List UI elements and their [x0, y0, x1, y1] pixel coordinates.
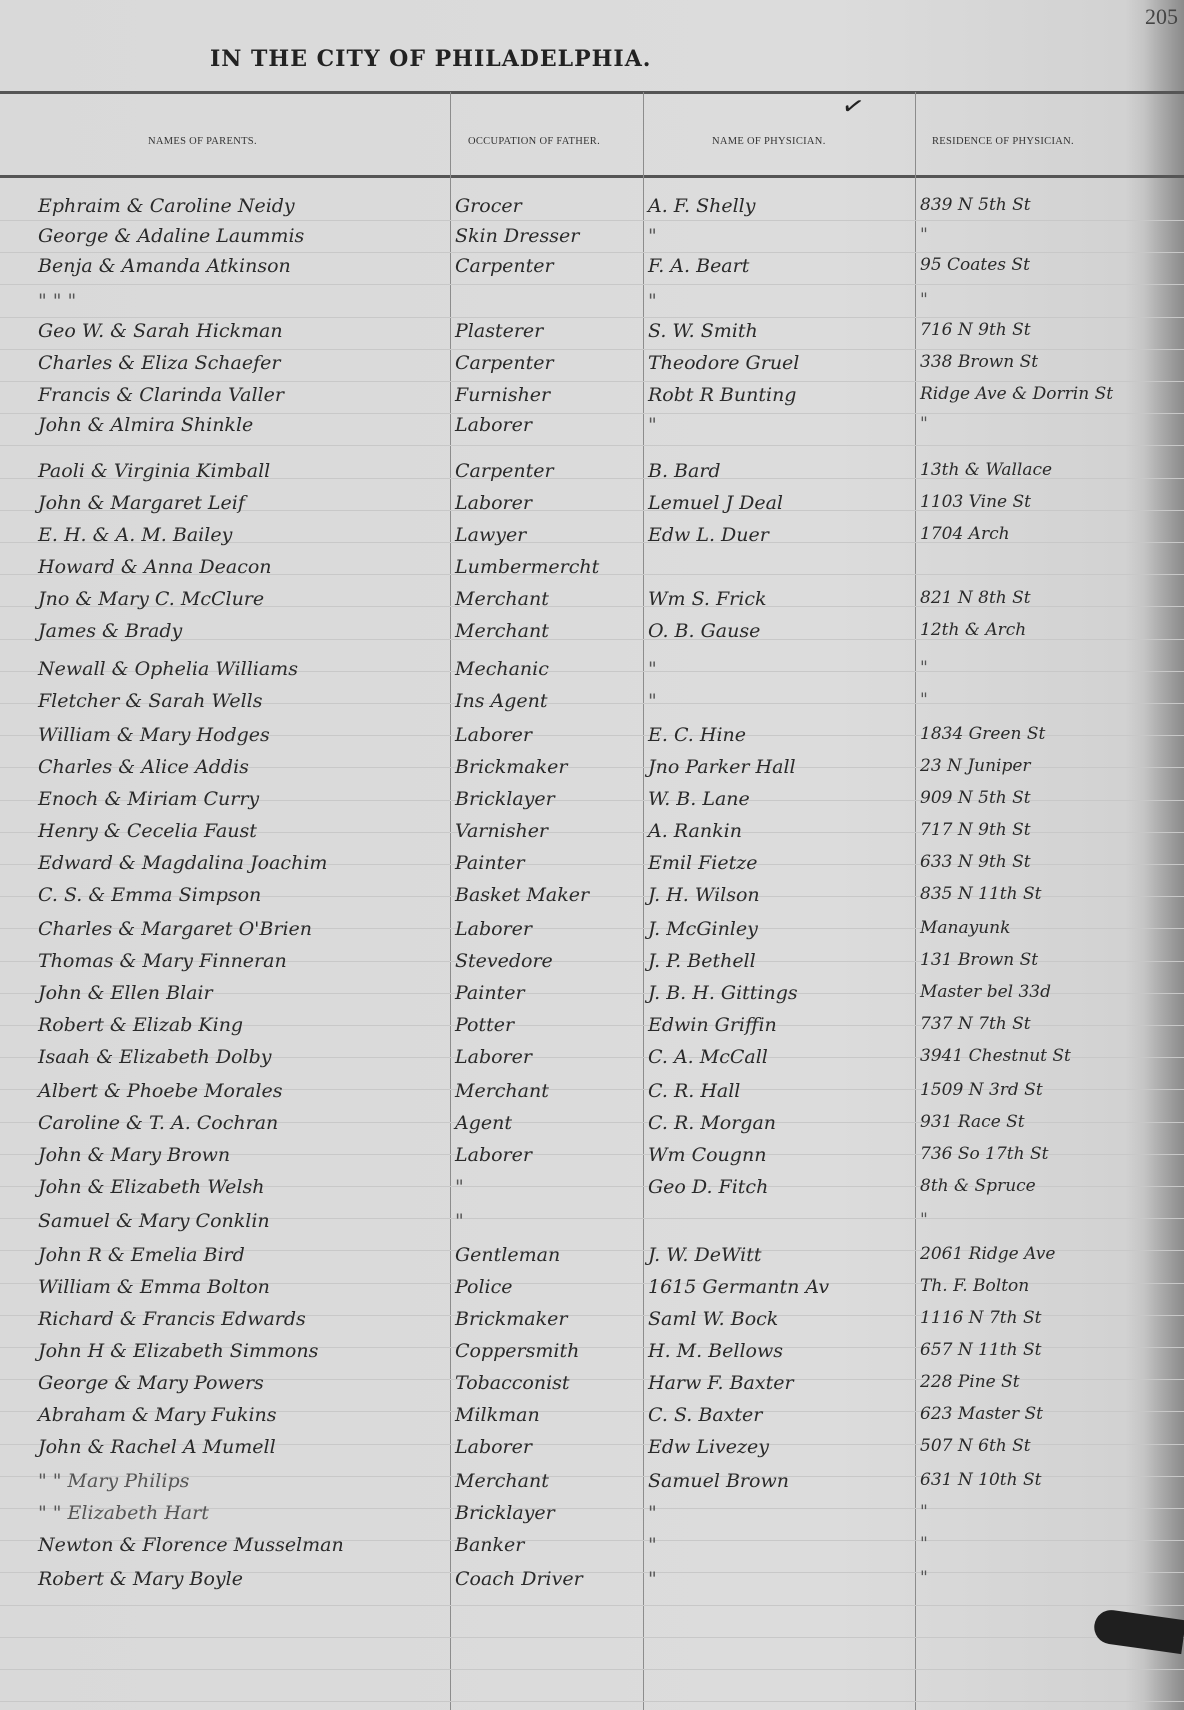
residence-cell: 931 Race St [920, 1112, 1025, 1132]
physician-cell: Edw L. Duer [648, 524, 769, 546]
physician-cell: Wm Cougnn [648, 1144, 766, 1166]
ruled-line [0, 1669, 1184, 1670]
register-row: James & BradyMerchantO. B. Gause12th & A… [0, 620, 1184, 650]
register-row: Fletcher & Sarah WellsIns Agent"" [0, 690, 1184, 720]
occupation-cell: Plasterer [455, 320, 543, 342]
parents-cell: Edward & Magdalina Joachim [38, 852, 327, 874]
residence-cell: " [920, 690, 928, 710]
register-row: John & Mary BrownLaborerWm Cougnn736 So … [0, 1144, 1184, 1174]
parents-cell: " " Elizabeth Hart [38, 1502, 209, 1524]
register-row: Edward & Magdalina JoachimPainterEmil Fi… [0, 852, 1184, 882]
parents-cell: Abraham & Mary Fukins [38, 1404, 277, 1426]
parents-cell: Isaah & Elizabeth Dolby [38, 1046, 271, 1068]
residence-cell: Master bel 33d [920, 982, 1051, 1002]
occupation-cell: Basket Maker [455, 884, 589, 906]
parents-cell: John & Ellen Blair [38, 982, 213, 1004]
register-row: Albert & Phoebe MoralesMerchantC. R. Hal… [0, 1080, 1184, 1110]
parents-cell: Newton & Florence Musselman [38, 1534, 344, 1556]
occupation-cell: Laborer [455, 724, 532, 746]
occupation-cell: Laborer [455, 1436, 532, 1458]
physician-cell: Geo D. Fitch [648, 1176, 768, 1198]
register-row: Robert & Mary BoyleCoach Driver"" [0, 1568, 1184, 1598]
parents-cell: Enoch & Miriam Curry [38, 788, 259, 810]
parents-cell: William & Mary Hodges [38, 724, 270, 746]
occupation-cell: Ins Agent [455, 690, 548, 712]
register-row: Abraham & Mary FukinsMilkmanC. S. Baxter… [0, 1404, 1184, 1434]
occupation-cell: Laborer [455, 1144, 532, 1166]
residence-cell: Ridge Ave & Dorrin St [920, 384, 1113, 404]
residence-cell: " [920, 1534, 928, 1554]
occupation-cell: Gentleman [455, 1244, 560, 1266]
parents-cell: Albert & Phoebe Morales [38, 1080, 282, 1102]
physician-cell: Edwin Griffin [648, 1014, 777, 1036]
register-row: Caroline & T. A. CochranAgentC. R. Morga… [0, 1112, 1184, 1142]
residence-cell: 839 N 5th St [920, 195, 1031, 215]
parents-cell: Henry & Cecelia Faust [38, 820, 257, 842]
physician-cell: " [648, 414, 657, 436]
parents-cell: E. H. & A. M. Bailey [38, 524, 232, 546]
physician-cell: H. M. Bellows [648, 1340, 783, 1362]
register-row: Enoch & Miriam CurryBricklayerW. B. Lane… [0, 788, 1184, 818]
ruled-line [0, 1701, 1184, 1702]
parents-cell: Robert & Elizab King [38, 1014, 243, 1036]
occupation-cell: Coppersmith [455, 1340, 579, 1362]
physician-cell: C. S. Baxter [648, 1404, 762, 1426]
ruled-line [0, 1637, 1184, 1638]
physician-cell: C. R. Hall [648, 1080, 740, 1102]
register-row: Ephraim & Caroline NeidyGrocerA. F. Shel… [0, 195, 1184, 225]
parents-cell: John & Elizabeth Welsh [38, 1176, 265, 1198]
ruled-line [0, 445, 1184, 446]
register-row: Robert & Elizab KingPotterEdwin Griffin7… [0, 1014, 1184, 1044]
check-mark-icon: ✓ [838, 90, 867, 125]
register-row: John & Margaret LeifLaborerLemuel J Deal… [0, 492, 1184, 522]
residence-cell: 507 N 6th St [920, 1436, 1031, 1456]
occupation-cell: Laborer [455, 492, 532, 514]
occupation-cell: Brickmaker [455, 756, 567, 778]
register-row: Charles & Margaret O'BrienLaborerJ. McGi… [0, 918, 1184, 948]
register-row: Jno & Mary C. McClureMerchantWm S. Frick… [0, 588, 1184, 618]
register-row: Geo W. & Sarah HickmanPlastererS. W. Smi… [0, 320, 1184, 350]
parents-cell: Caroline & T. A. Cochran [38, 1112, 278, 1134]
residence-cell: 736 So 17th St [920, 1144, 1048, 1164]
physician-cell: Robt R Bunting [648, 384, 796, 406]
residence-cell: 909 N 5th St [920, 788, 1031, 808]
parents-cell: Charles & Eliza Schaefer [38, 352, 280, 374]
occupation-cell: Carpenter [455, 352, 554, 374]
residence-cell: 633 N 9th St [920, 852, 1031, 872]
residence-cell: " [920, 1502, 928, 1522]
residence-cell: 95 Coates St [920, 255, 1030, 275]
residence-cell: 12th & Arch [920, 620, 1026, 640]
parents-cell: George & Adaline Laummis [38, 225, 304, 247]
physician-cell: Lemuel J Deal [648, 492, 783, 514]
occupation-cell: Stevedore [455, 950, 553, 972]
residence-cell: 623 Master St [920, 1404, 1043, 1424]
parents-cell: Ephraim & Caroline Neidy [38, 195, 295, 217]
physician-cell: J. H. Wilson [648, 884, 760, 906]
parents-cell: Robert & Mary Boyle [38, 1568, 243, 1590]
parents-cell: Charles & Alice Addis [38, 756, 249, 778]
physician-cell: O. B. Gause [648, 620, 760, 642]
register-row: George & Mary PowersTobacconistHarw F. B… [0, 1372, 1184, 1402]
occupation-cell: Merchant [455, 588, 549, 610]
register-row: Howard & Anna DeaconLumbermercht [0, 556, 1184, 586]
parents-cell: John & Margaret Leif [38, 492, 245, 514]
physician-cell: " [648, 290, 657, 312]
parents-cell: Howard & Anna Deacon [38, 556, 272, 578]
occupation-cell: Laborer [455, 1046, 532, 1068]
residence-cell: " [920, 1210, 928, 1230]
ruled-line [0, 1605, 1184, 1606]
parents-cell: William & Emma Bolton [38, 1276, 270, 1298]
physician-cell: Edw Livezey [648, 1436, 769, 1458]
parents-cell: John & Rachel A Mumell [38, 1436, 276, 1458]
register-row: Samuel & Mary Conklin"" [0, 1210, 1184, 1240]
physician-cell: 1615 Germantn Av [648, 1276, 829, 1298]
register-row: Richard & Francis EdwardsBrickmakerSaml … [0, 1308, 1184, 1338]
register-row: Henry & Cecelia FaustVarnisherA. Rankin7… [0, 820, 1184, 850]
physician-cell: F. A. Beart [648, 255, 749, 277]
physician-cell: Jno Parker Hall [648, 756, 796, 778]
occupation-cell: Laborer [455, 918, 532, 940]
physician-cell: " [648, 225, 657, 247]
column-header-physician: NAME OF PHYSICIAN. [712, 136, 826, 147]
occupation-cell: Varnisher [455, 820, 548, 842]
residence-cell: 821 N 8th St [920, 588, 1031, 608]
physician-cell: W. B. Lane [648, 788, 750, 810]
residence-cell: " [920, 290, 928, 310]
occupation-cell: Bricklayer [455, 1502, 555, 1524]
residence-cell: 1704 Arch [920, 524, 1010, 544]
residence-cell: 657 N 11th St [920, 1340, 1041, 1360]
physician-cell: C. R. Morgan [648, 1112, 776, 1134]
residence-cell: 13th & Wallace [920, 460, 1052, 480]
residence-cell: 3941 Chestnut St [920, 1046, 1071, 1066]
residence-cell: 1103 Vine St [920, 492, 1031, 512]
register-row: John & Almira ShinkleLaborer"" [0, 414, 1184, 444]
residence-cell: Manayunk [920, 918, 1010, 938]
physician-cell: Wm S. Frick [648, 588, 767, 610]
residence-cell: Th. F. Bolton [920, 1276, 1029, 1296]
parents-cell: John R & Emelia Bird [38, 1244, 245, 1266]
register-row: George & Adaline LaummisSkin Dresser"" [0, 225, 1184, 255]
parents-cell: " " Mary Philips [38, 1470, 189, 1492]
header-bottom-rule [0, 175, 1184, 178]
residence-cell: 338 Brown St [920, 352, 1038, 372]
register-row: Newall & Ophelia WilliamsMechanic"" [0, 658, 1184, 688]
residence-cell: 717 N 9th St [920, 820, 1031, 840]
physician-cell: C. A. McCall [648, 1046, 768, 1068]
residence-cell: 716 N 9th St [920, 320, 1031, 340]
residence-cell: " [920, 1568, 928, 1588]
parents-cell: Benja & Amanda Atkinson [38, 255, 291, 277]
header-top-rule [0, 91, 1184, 94]
residence-cell: 631 N 10th St [920, 1470, 1041, 1490]
occupation-cell: Lumbermercht [455, 556, 599, 578]
physician-cell: J. P. Bethell [648, 950, 756, 972]
physician-cell: B. Bard [648, 460, 721, 482]
occupation-cell: Painter [455, 852, 525, 874]
occupation-cell: Merchant [455, 1080, 549, 1102]
parents-cell: Paoli & Virginia Kimball [38, 460, 270, 482]
ledger-page: 205 IN THE CITY OF PHILADELPHIA. ✓ NAMES… [0, 0, 1184, 1710]
residence-cell: 737 N 7th St [920, 1014, 1031, 1034]
occupation-cell: Furnisher [455, 384, 550, 406]
occupation-cell: Coach Driver [455, 1568, 583, 1590]
occupation-cell: Tobacconist [455, 1372, 570, 1394]
residence-cell: 23 N Juniper [920, 756, 1031, 776]
occupation-cell: Agent [455, 1112, 512, 1134]
parents-cell: Fletcher & Sarah Wells [38, 690, 263, 712]
column-header-parents: NAMES OF PARENTS. [148, 136, 257, 147]
residence-cell: " [920, 658, 928, 678]
register-row: William & Emma BoltonPolice1615 Germantn… [0, 1276, 1184, 1306]
occupation-cell: Carpenter [455, 255, 554, 277]
register-row: Francis & Clarinda VallerFurnisherRobt R… [0, 384, 1184, 414]
occupation-cell: Merchant [455, 620, 549, 642]
residence-cell: 8th & Spruce [920, 1176, 1036, 1196]
residence-cell: " [920, 414, 928, 434]
occupation-cell: Banker [455, 1534, 524, 1556]
register-row: E. H. & A. M. BaileyLawyerEdw L. Duer170… [0, 524, 1184, 554]
residence-cell: 1509 N 3rd St [920, 1080, 1043, 1100]
occupation-cell: Police [455, 1276, 513, 1298]
occupation-cell: Laborer [455, 414, 532, 436]
physician-cell: J. W. DeWitt [648, 1244, 762, 1266]
physician-cell: A. Rankin [648, 820, 742, 842]
parents-cell: Thomas & Mary Finneran [38, 950, 287, 972]
occupation-cell: Painter [455, 982, 525, 1004]
register-row: Newton & Florence MusselmanBanker"" [0, 1534, 1184, 1564]
physician-cell: Samuel Brown [648, 1470, 789, 1492]
physician-cell: " [648, 658, 657, 680]
occupation-cell: " [455, 1176, 464, 1198]
parents-cell: John & Almira Shinkle [38, 414, 253, 436]
physician-cell: Harw F. Baxter [648, 1372, 794, 1394]
parents-cell: Newall & Ophelia Williams [38, 658, 298, 680]
register-row: Charles & Eliza SchaeferCarpenterTheodor… [0, 352, 1184, 382]
residence-cell: 131 Brown St [920, 950, 1038, 970]
physician-cell: J. McGinley [648, 918, 758, 940]
occupation-cell: " [455, 1210, 464, 1232]
page-number: 205 [1145, 4, 1178, 30]
register-row: Paoli & Virginia KimballCarpenterB. Bard… [0, 460, 1184, 490]
occupation-cell: Lawyer [455, 524, 526, 546]
physician-cell: J. B. H. Gittings [648, 982, 798, 1004]
page-title: IN THE CITY OF PHILADELPHIA. [210, 46, 651, 72]
residence-cell: " [920, 225, 928, 245]
register-row: " " Elizabeth HartBricklayer"" [0, 1502, 1184, 1532]
residence-cell: 228 Pine St [920, 1372, 1020, 1392]
register-row: " " """ [0, 290, 1184, 320]
physician-cell: A. F. Shelly [648, 195, 756, 217]
parents-cell: Richard & Francis Edwards [38, 1308, 306, 1330]
register-row: John R & Emelia BirdGentlemanJ. W. DeWit… [0, 1244, 1184, 1274]
occupation-cell: Bricklayer [455, 788, 555, 810]
parents-cell: Geo W. & Sarah Hickman [38, 320, 283, 342]
physician-cell: " [648, 1568, 657, 1590]
register-row: John & Ellen BlairPainterJ. B. H. Gittin… [0, 982, 1184, 1012]
parents-cell: Jno & Mary C. McClure [38, 588, 264, 610]
register-row: C. S. & Emma SimpsonBasket MakerJ. H. Wi… [0, 884, 1184, 914]
register-row: Thomas & Mary FinneranStevedoreJ. P. Bet… [0, 950, 1184, 980]
parents-cell: C. S. & Emma Simpson [38, 884, 261, 906]
physician-cell: E. C. Hine [648, 724, 746, 746]
register-row: Isaah & Elizabeth DolbyLaborerC. A. McCa… [0, 1046, 1184, 1076]
residence-cell: 835 N 11th St [920, 884, 1041, 904]
register-row: John & Rachel A MumellLaborerEdw Livezey… [0, 1436, 1184, 1466]
parents-cell: John & Mary Brown [38, 1144, 230, 1166]
physician-cell: S. W. Smith [648, 320, 758, 342]
register-row: William & Mary HodgesLaborerE. C. Hine18… [0, 724, 1184, 754]
occupation-cell: Brickmaker [455, 1308, 567, 1330]
parents-cell: John H & Elizabeth Simmons [38, 1340, 318, 1362]
parents-cell: James & Brady [38, 620, 182, 642]
physician-cell: Emil Fietze [648, 852, 757, 874]
register-row: Charles & Alice AddisBrickmakerJno Parke… [0, 756, 1184, 786]
occupation-cell: Carpenter [455, 460, 554, 482]
occupation-cell: Mechanic [455, 658, 549, 680]
column-header-occupation: OCCUPATION OF FATHER. [468, 136, 600, 147]
occupation-cell: Grocer [455, 195, 522, 217]
parents-cell: George & Mary Powers [38, 1372, 264, 1394]
physician-cell: Saml W. Bock [648, 1308, 778, 1330]
occupation-cell: Milkman [455, 1404, 540, 1426]
register-row: John & Elizabeth Welsh"Geo D. Fitch8th &… [0, 1176, 1184, 1206]
physician-cell: " [648, 1502, 657, 1524]
physician-cell: " [648, 690, 657, 712]
parents-cell: Charles & Margaret O'Brien [38, 918, 312, 940]
parents-cell: Samuel & Mary Conklin [38, 1210, 270, 1232]
register-row: Benja & Amanda AtkinsonCarpenterF. A. Be… [0, 255, 1184, 285]
physician-cell: " [648, 1534, 657, 1556]
physician-cell: Theodore Gruel [648, 352, 799, 374]
occupation-cell: Merchant [455, 1470, 549, 1492]
occupation-cell: Skin Dresser [455, 225, 579, 247]
register-row: John H & Elizabeth SimmonsCoppersmithH. … [0, 1340, 1184, 1370]
residence-cell: 1834 Green St [920, 724, 1045, 744]
parents-cell: Francis & Clarinda Valler [38, 384, 284, 406]
parents-cell: " " " [38, 290, 76, 312]
register-row: " " Mary PhilipsMerchantSamuel Brown631 … [0, 1470, 1184, 1500]
residence-cell: 2061 Ridge Ave [920, 1244, 1055, 1264]
residence-cell: 1116 N 7th St [920, 1308, 1041, 1328]
occupation-cell: Potter [455, 1014, 514, 1036]
column-header-residence: RESIDENCE OF PHYSICIAN. [932, 136, 1074, 147]
